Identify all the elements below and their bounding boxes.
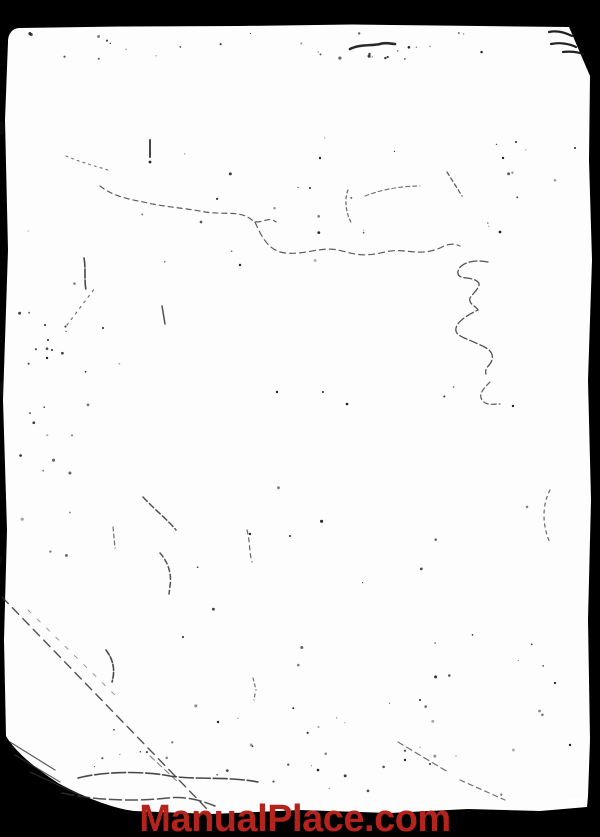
noise-speck xyxy=(101,757,103,759)
noise-speck xyxy=(344,722,345,723)
noise-speck xyxy=(18,312,21,315)
noise-speck xyxy=(35,348,37,350)
noise-speck xyxy=(87,404,90,407)
noise-speck xyxy=(404,750,406,752)
noise-speck xyxy=(314,259,317,262)
noise-speck xyxy=(28,363,30,365)
noise-speck xyxy=(434,642,436,644)
scanned-page-viewport: ManualPlace.com xyxy=(0,0,600,837)
noise-speck xyxy=(106,40,108,42)
noise-speck xyxy=(455,755,456,756)
noise-speck xyxy=(125,49,127,51)
noise-speck xyxy=(368,55,371,58)
noise-speck xyxy=(110,43,111,44)
noise-speck xyxy=(372,56,373,57)
noise-speck xyxy=(28,32,31,35)
noise-speck xyxy=(63,56,65,58)
noise-speck xyxy=(329,788,330,789)
noise-speck xyxy=(511,171,513,173)
noise-speck xyxy=(171,741,173,743)
noise-speck xyxy=(526,506,529,509)
noise-speck xyxy=(434,675,437,678)
noise-speck xyxy=(496,144,497,145)
noise-speck xyxy=(382,766,385,769)
noise-speck xyxy=(216,198,218,200)
noise-speck xyxy=(49,550,51,552)
noise-speck xyxy=(119,754,120,755)
noise-speck xyxy=(292,707,294,709)
noise-speck xyxy=(324,137,325,138)
noise-speck xyxy=(272,781,274,783)
noise-speck xyxy=(538,710,541,713)
noise-speck xyxy=(318,51,320,53)
noise-speck xyxy=(363,232,365,234)
noise-speck xyxy=(251,745,253,747)
noise-speck xyxy=(226,769,229,772)
noise-speck xyxy=(180,46,182,48)
noise-speck xyxy=(250,33,251,34)
noise-speck xyxy=(397,50,399,52)
noise-speck xyxy=(453,386,455,388)
noise-speck xyxy=(531,644,533,646)
noise-speck xyxy=(358,32,360,34)
noise-speck xyxy=(94,766,95,767)
noise-speck xyxy=(200,221,203,224)
noise-speck xyxy=(389,703,390,704)
noise-speck xyxy=(42,470,44,472)
noise-speck xyxy=(387,56,389,58)
noise-speck xyxy=(487,222,489,224)
noise-speck xyxy=(85,371,87,373)
noise-speck xyxy=(46,347,49,350)
noise-speck xyxy=(46,434,48,436)
noise-speck xyxy=(118,363,120,365)
noise-speck xyxy=(472,634,474,636)
noise-speck xyxy=(363,230,364,231)
noise-speck xyxy=(197,566,199,568)
noise-speck xyxy=(384,57,386,59)
noise-speck xyxy=(512,749,515,752)
noise-speck xyxy=(113,729,115,731)
noise-speck xyxy=(231,250,233,252)
noise-speck xyxy=(65,331,66,332)
noise-speck xyxy=(404,58,406,60)
noise-speck xyxy=(220,43,222,45)
noise-speck xyxy=(32,421,35,424)
noise-speck xyxy=(320,520,323,523)
noise-speck xyxy=(463,33,464,34)
noise-speck xyxy=(429,46,430,47)
noise-speck xyxy=(69,512,71,514)
noise-speck xyxy=(73,282,76,285)
noise-speck xyxy=(336,717,338,719)
noise-speck xyxy=(43,406,45,408)
noise-speck xyxy=(216,774,218,776)
noise-speck xyxy=(287,763,289,765)
noise-speck xyxy=(28,230,29,231)
noise-speck xyxy=(97,35,100,38)
noise-speck xyxy=(297,664,300,667)
noise-speck xyxy=(19,454,22,457)
noise-speck xyxy=(194,704,197,707)
noise-speck xyxy=(140,751,142,753)
noise-speck xyxy=(433,755,436,758)
noise-speck xyxy=(488,226,489,227)
noise-speck xyxy=(507,172,510,175)
noise-speck xyxy=(338,57,341,60)
noise-speck xyxy=(350,197,352,199)
noise-speck xyxy=(28,312,30,314)
noise-speck xyxy=(98,58,100,60)
noise-speck xyxy=(61,352,64,355)
noise-speck xyxy=(431,720,434,723)
noise-speck xyxy=(435,539,437,541)
noise-speck xyxy=(68,471,71,474)
noise-speck xyxy=(165,757,168,760)
noise-speck xyxy=(516,196,518,198)
noise-speck xyxy=(307,732,309,734)
noise-speck xyxy=(541,713,544,716)
noise-speck xyxy=(273,207,275,209)
noise-speck xyxy=(164,261,166,263)
noise-speck xyxy=(458,32,460,34)
noise-speck xyxy=(212,608,215,611)
noise-speck xyxy=(420,568,423,571)
noise-speck xyxy=(424,705,427,708)
noise-speck xyxy=(64,326,66,328)
watermark-text: ManualPlace.com xyxy=(139,798,450,837)
noise-speck xyxy=(29,412,31,414)
scanned-document: ManualPlace.com xyxy=(0,0,600,837)
noise-speck xyxy=(362,582,363,583)
noise-speck xyxy=(184,153,185,154)
noise-speck xyxy=(311,765,312,766)
noise-speck xyxy=(443,396,445,398)
noise-speck xyxy=(408,46,411,49)
noise-speck xyxy=(300,646,303,649)
noise-speck xyxy=(344,774,347,777)
noise-speck xyxy=(394,151,395,152)
noise-speck xyxy=(416,46,418,48)
noise-speck xyxy=(297,187,298,188)
noise-speck xyxy=(542,665,544,667)
noise-speck xyxy=(480,51,482,53)
noise-speck xyxy=(141,213,143,215)
noise-speck xyxy=(367,790,370,793)
paper-sheet xyxy=(3,25,592,815)
noise-speck xyxy=(277,486,280,489)
noise-speck xyxy=(554,179,556,181)
noise-speck xyxy=(65,554,68,557)
noise-speck xyxy=(320,53,322,55)
noise-speck xyxy=(448,674,451,677)
noise-speck xyxy=(21,518,24,521)
noise-speck xyxy=(155,55,156,56)
noise-speck xyxy=(317,231,320,234)
noise-speck xyxy=(518,660,519,661)
noise-speck xyxy=(368,53,370,55)
noise-speck xyxy=(300,42,302,44)
noise-speck xyxy=(52,459,55,462)
noise-speck xyxy=(317,726,319,728)
noise-speck xyxy=(229,172,232,175)
border-notch xyxy=(565,798,584,801)
noise-speck xyxy=(71,434,73,436)
noise-speck xyxy=(146,751,148,753)
noise-speck xyxy=(324,752,327,755)
noise-speck xyxy=(420,747,421,748)
noise-speck xyxy=(500,794,502,796)
noise-speck xyxy=(525,149,526,150)
noise-speck xyxy=(237,718,238,719)
noise-speck xyxy=(317,215,320,218)
